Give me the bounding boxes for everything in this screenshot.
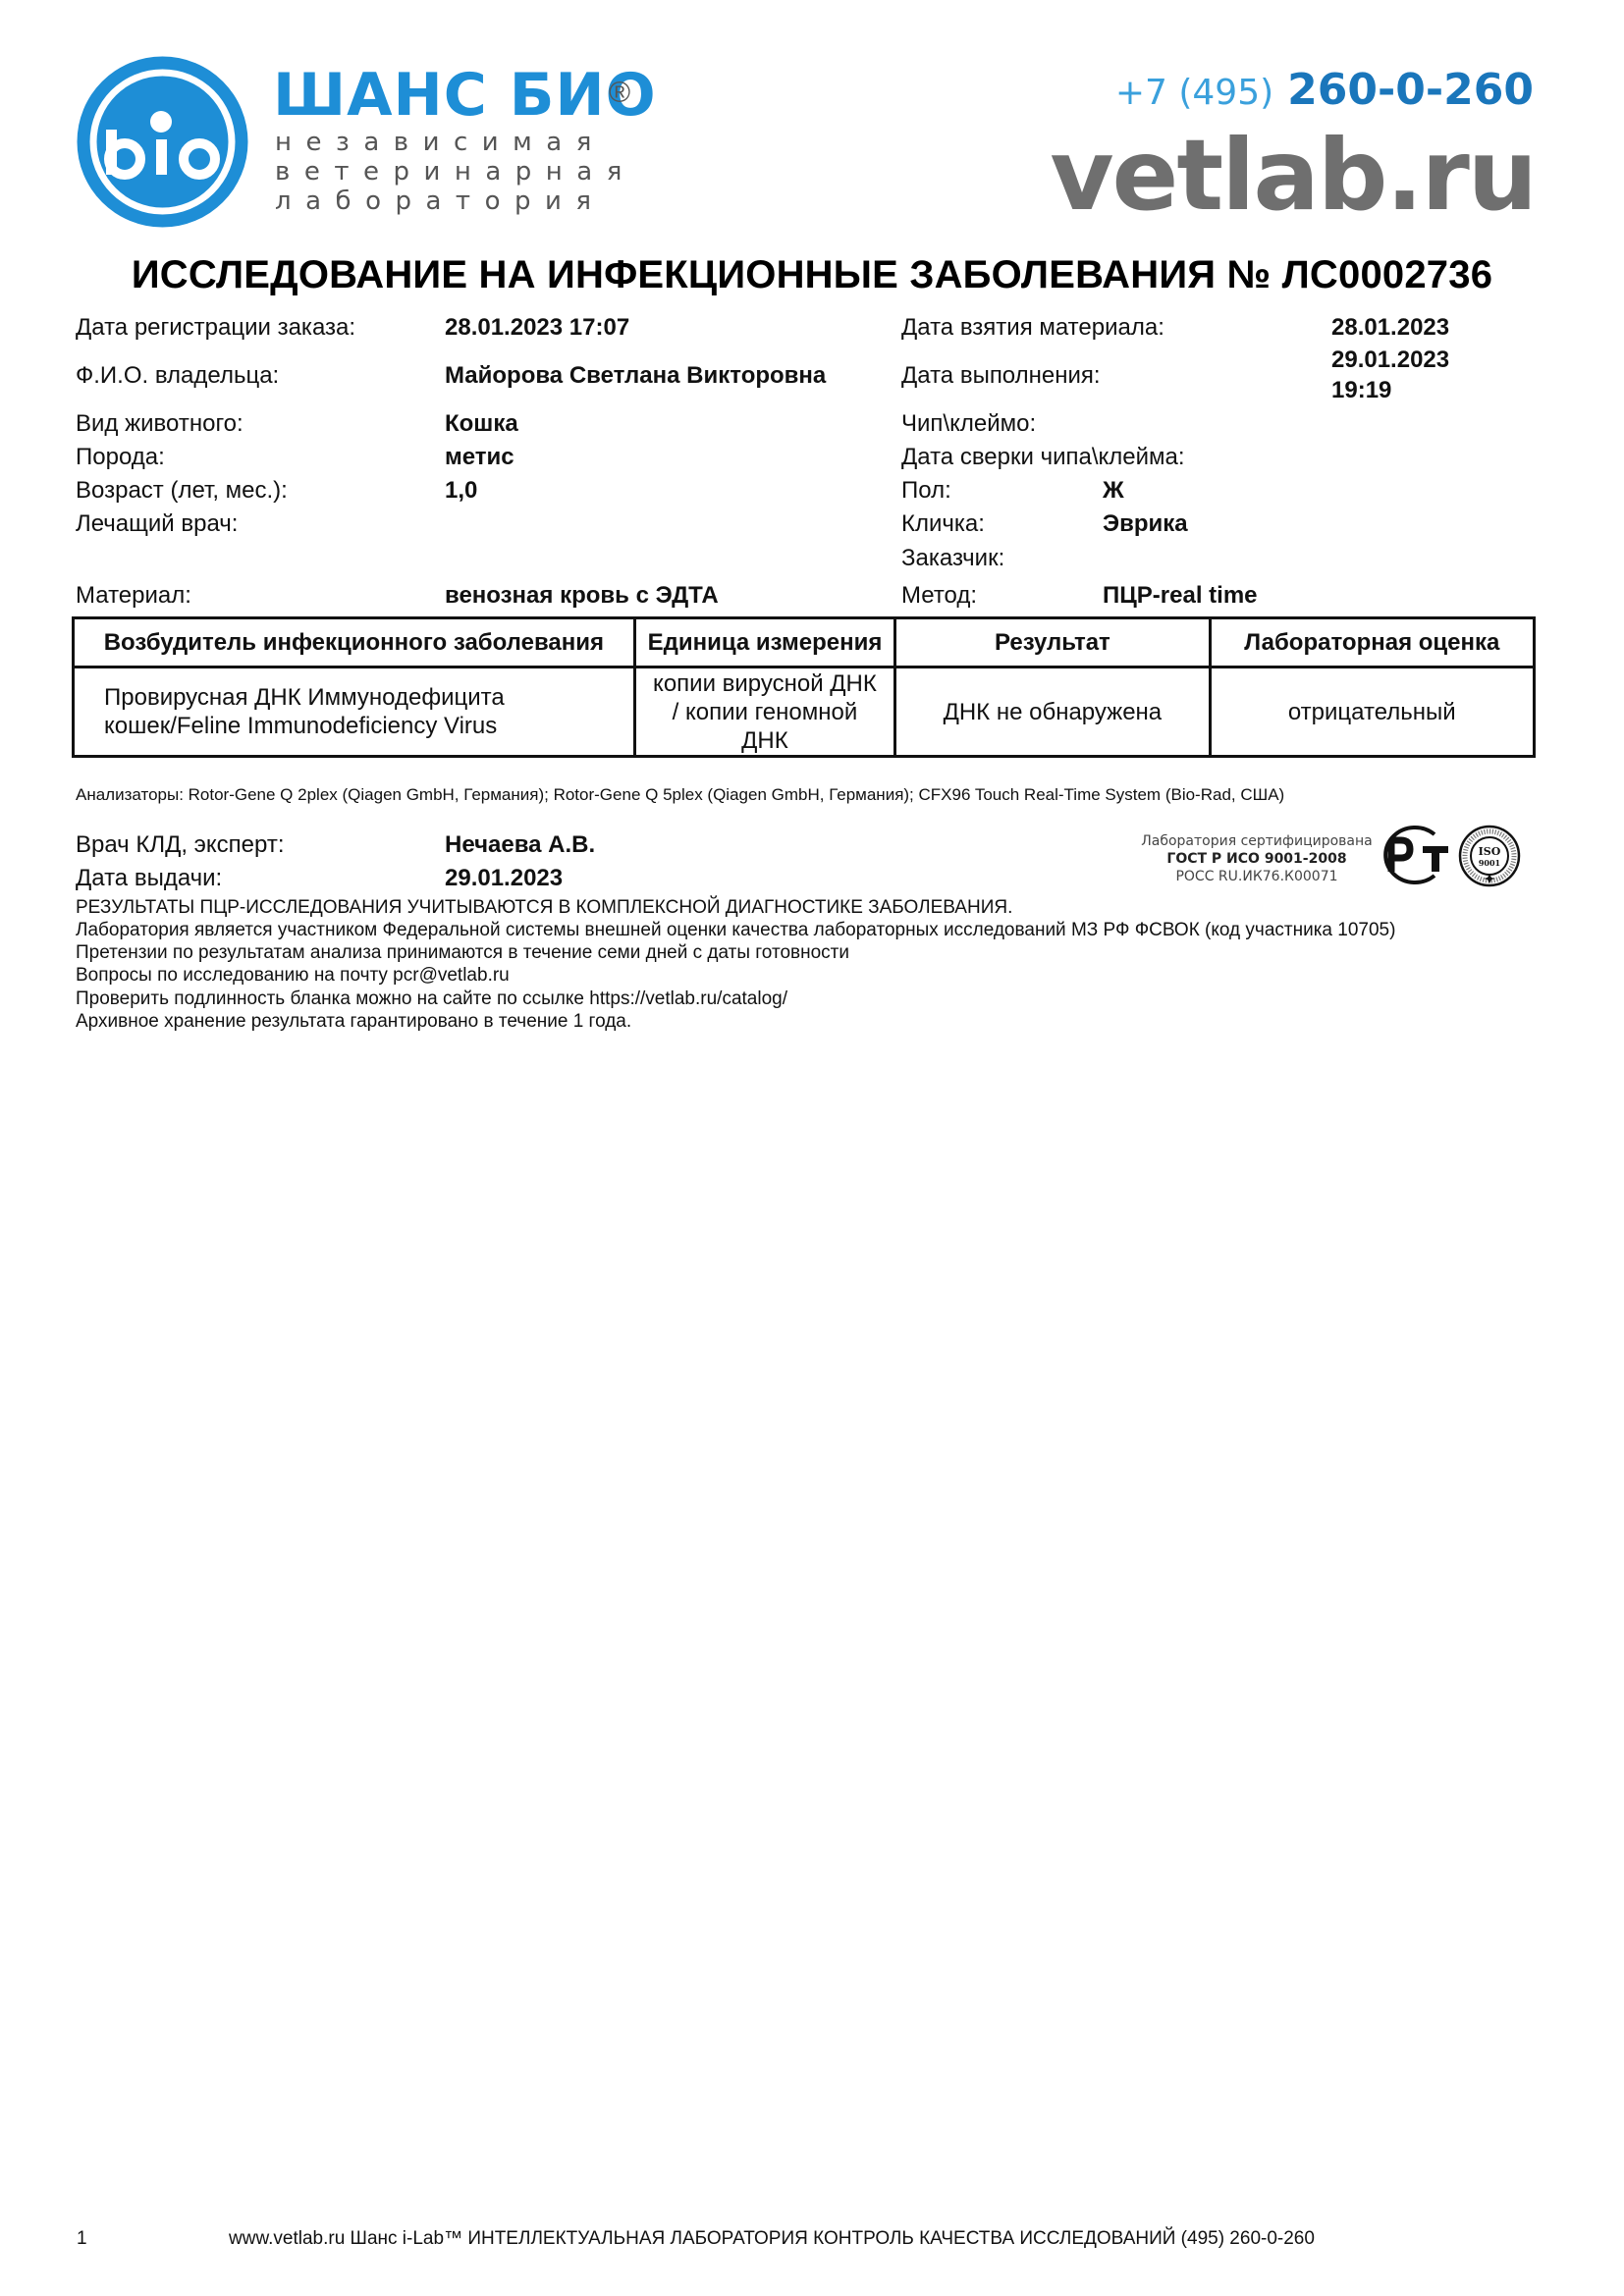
sample-date: 28.01.2023	[1331, 314, 1449, 342]
pathogen-line: Провирусная ДНК Иммунодефицита	[104, 683, 627, 712]
footer-text: www.vetlab.ru Шанс i-Lab™ ИНТЕЛЛЕКТУАЛЬН…	[229, 2228, 1315, 2250]
brand-name: ШАНС БИО	[273, 61, 657, 130]
analyzers-note: Анализаторы: Rotor-Gene Q 2plex (Qiagen …	[76, 785, 1284, 805]
cert-line-3: РОСС RU.ИК76.К00071	[1139, 868, 1375, 885]
info-label: Чип\клеймо:	[901, 410, 1036, 438]
svg-text:ISO: ISO	[1479, 845, 1501, 858]
column-header-assessment: Лабораторная оценка	[1210, 618, 1534, 667]
animal-sex: Ж	[1103, 477, 1124, 505]
animal-age: 1,0	[445, 477, 477, 505]
info-label: Дата сверки чипа\клейма:	[901, 444, 1185, 471]
note-line[interactable]: Вопросы по исследованию на почту pcr@vet…	[76, 965, 510, 987]
note-line[interactable]: Проверить подлинность бланка можно на са…	[76, 988, 787, 1010]
method: ПЦР-real time	[1103, 582, 1258, 610]
info-label: Дата регистрации заказа:	[76, 314, 355, 342]
animal-species: Кошка	[445, 410, 518, 438]
info-label: Лечащий врач:	[76, 510, 238, 538]
info-label: Дата взятия материала:	[901, 314, 1164, 342]
info-label: Вид животного:	[76, 410, 244, 438]
issue-date: 29.01.2023	[445, 865, 563, 892]
certification-text: Лаборатория сертифицирована ГОСТ Р ИСО 9…	[1139, 832, 1375, 885]
issue-date-label: Дата выдачи:	[76, 865, 222, 892]
column-header-result: Результат	[895, 618, 1210, 667]
unit-line: / копии геномной	[642, 698, 889, 726]
brand-subtitle-2: ветеринарная	[275, 157, 636, 187]
bio-logo-icon	[77, 56, 248, 228]
website-link[interactable]: vetlab.ru	[1050, 118, 1536, 233]
note-line: РЕЗУЛЬТАТЫ ПЦР-ИССЛЕДОВАНИЯ УЧИТЫВАЮТСЯ …	[76, 897, 1012, 919]
document-title: ИССЛЕДОВАНИЕ НА ИНФЕКЦИОННЫЕ ЗАБОЛЕВАНИЯ…	[0, 253, 1624, 297]
pathogen-line: кошек/Feline Immunodeficiency Virus	[104, 712, 627, 740]
completion-time: 19:19	[1331, 377, 1391, 404]
doctor-label: Врач КЛД, эксперт:	[76, 831, 285, 859]
info-label: Материал:	[76, 582, 191, 610]
cert-line-1: Лаборатория сертифицирована	[1139, 832, 1375, 850]
phone-main: 260-0-260	[1287, 65, 1534, 115]
completion-date: 29.01.2023	[1331, 347, 1449, 374]
animal-name: Эврика	[1103, 510, 1188, 538]
info-label: Дата выполнения:	[901, 362, 1101, 390]
assessment-cell: отрицательный	[1210, 667, 1534, 757]
svg-text:9001: 9001	[1479, 858, 1500, 868]
iso-9001-seal-icon: ISO 9001	[1458, 825, 1521, 887]
info-label: Порода:	[76, 444, 165, 471]
unit-line: копии вирусной ДНК	[642, 669, 889, 698]
phone-number[interactable]: +7 (495) 260-0-260	[1115, 65, 1534, 115]
table-header-row: Возбудитель инфекционного заболевания Ед…	[74, 618, 1535, 667]
note-line: Архивное хранение результата гарантирова…	[76, 1011, 631, 1033]
note-line: Лаборатория является участником Федераль…	[76, 920, 1395, 941]
results-table: Возбудитель инфекционного заболевания Ед…	[72, 616, 1536, 758]
result-cell: ДНК не обнаружена	[895, 667, 1210, 757]
info-label: Заказчик:	[901, 545, 1004, 572]
pct-mark-icon	[1378, 825, 1452, 885]
column-header-unit: Единица измерения	[634, 618, 895, 667]
info-label: Метод:	[901, 582, 977, 610]
material: венозная кровь с ЭДТА	[445, 582, 719, 610]
order-registration-date: 28.01.2023 17:07	[445, 314, 629, 342]
info-label: Кличка:	[901, 510, 985, 538]
owner-name: Майорова Светлана Викторовна	[445, 362, 826, 390]
animal-breed: метис	[445, 444, 514, 471]
doctor-name: Нечаева А.В.	[445, 831, 595, 859]
pathogen-cell: Провирусная ДНК Иммунодефицита кошек/Fel…	[74, 667, 635, 757]
table-row: Провирусная ДНК Иммунодефицита кошек/Fel…	[74, 667, 1535, 757]
unit-cell: копии вирусной ДНК / копии геномной ДНК	[634, 667, 895, 757]
info-label: Ф.И.О. владельца:	[76, 362, 279, 390]
note-line: Претензии по результатам анализа принима…	[76, 942, 849, 964]
page-number: 1	[77, 2228, 87, 2250]
info-label: Пол:	[901, 477, 951, 505]
phone-prefix: +7 (495)	[1115, 73, 1273, 113]
unit-line: ДНК	[642, 726, 889, 755]
registered-mark: ®	[609, 77, 630, 110]
brand-subtitle-1: независимая	[275, 128, 606, 157]
column-header-pathogen: Возбудитель инфекционного заболевания	[74, 618, 635, 667]
brand-subtitle-3: лаборатория	[275, 187, 606, 216]
info-label: Возраст (лет, мес.):	[76, 477, 288, 505]
cert-line-2: ГОСТ Р ИСО 9001-2008	[1139, 850, 1375, 868]
